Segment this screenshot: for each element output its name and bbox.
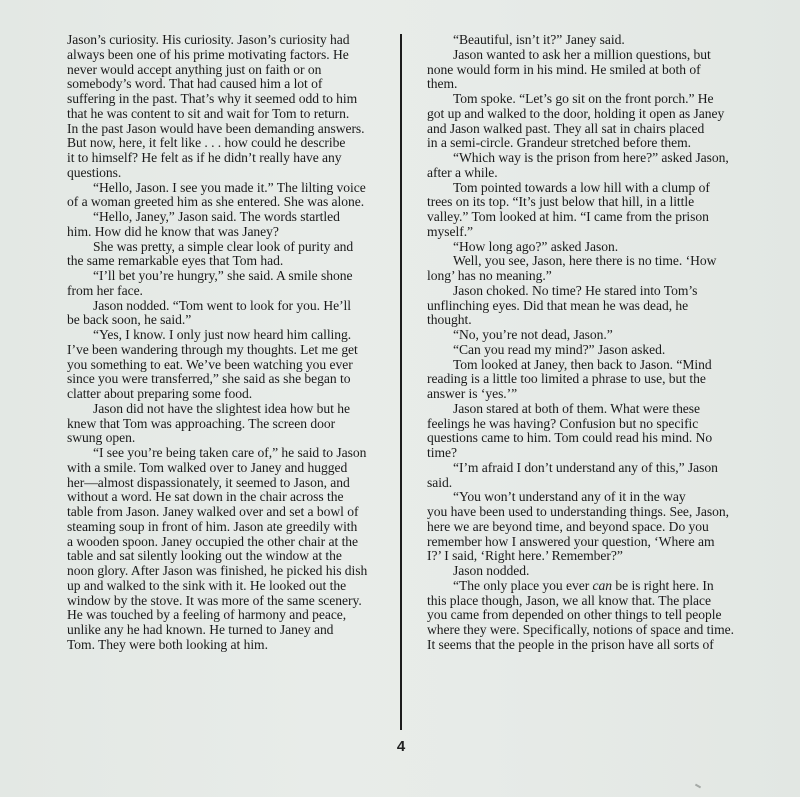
text-line: “How long ago?” asked Jason.: [427, 240, 745, 255]
text-line: feelings he was having? Confusion but no…: [427, 417, 745, 432]
text-line: clatter about preparing some food.: [67, 387, 389, 402]
book-page: Jason’s curiosity. His curiosity. Jason’…: [0, 0, 800, 797]
text-line: answer is ‘yes.’”: [427, 387, 745, 402]
text-line: Tom spoke. “Let’s go sit on the front po…: [427, 92, 745, 107]
text-line: up and walked to the sink with it. He lo…: [67, 579, 389, 594]
text-line: “Yes, I know. I only just now heard him …: [67, 328, 389, 343]
text-line: In the past Jason would have been demand…: [67, 122, 389, 137]
text-line: remember how I answered your question, ‘…: [427, 535, 745, 550]
text-line: the same remarkable eyes that Tom had.: [67, 254, 389, 269]
text-line: Jason choked. No time? He stared into To…: [427, 284, 745, 299]
text-line: her—almost dispassionately, it seemed to…: [67, 476, 389, 491]
text-line: table from Jason. Janey walked over and …: [67, 505, 389, 520]
text-line: somebody’s word. That had caused him a l…: [67, 77, 389, 92]
text-line: with a smile. Tom walked over to Janey a…: [67, 461, 389, 476]
text-line: “Which way is the prison from here?” ask…: [427, 151, 745, 166]
left-text-column: Jason’s curiosity. His curiosity. Jason’…: [67, 33, 389, 653]
text-line: unflinching eyes. Did that mean he was d…: [427, 299, 745, 314]
text-line: I’ve been wandering through my thoughts.…: [67, 343, 389, 358]
text-line: of a woman greeted him as she entered. S…: [67, 195, 389, 210]
text-line: table and sat silently looking out the w…: [67, 549, 389, 564]
text-line: without a word. He sat down in the chair…: [67, 490, 389, 505]
text-line: where they were. Specifically, notions o…: [427, 623, 745, 638]
text-line: “No, you’re not dead, Jason.”: [427, 328, 745, 343]
text-line: suffering in the past. That’s why it see…: [67, 92, 389, 107]
text-line: It seems that the people in the prison h…: [427, 638, 745, 653]
text-line: “I’ll bet you’re hungry,” she said. A sm…: [67, 269, 389, 284]
text-line: Jason wanted to ask her a million questi…: [427, 48, 745, 63]
text-line: noon glory. After Jason was finished, he…: [67, 564, 389, 579]
right-text-column: “Beautiful, isn’t it?” Janey said.Jason …: [427, 33, 745, 653]
text-line: you have been used to understanding thin…: [427, 505, 745, 520]
text-line: you came from depended on other things t…: [427, 608, 745, 623]
column-divider: [400, 34, 402, 730]
text-line: questions.: [67, 166, 389, 181]
text-line: “Can you read my mind?” Jason asked.: [427, 343, 745, 358]
text-line: time?: [427, 446, 745, 461]
text-line: Tom. They were both looking at him.: [67, 638, 389, 653]
text-line: window by the stove. It was more of the …: [67, 594, 389, 609]
text-line: that he was content to sit and wait for …: [67, 107, 389, 122]
text-line: here we are beyond time, and beyond spac…: [427, 520, 745, 535]
text-line: Tom looked at Janey, then back to Jason.…: [427, 358, 745, 373]
text-line: But now, here, it felt like . . . how co…: [67, 136, 389, 151]
text-line: Tom pointed towards a low hill with a cl…: [427, 181, 745, 196]
text-line: him. How did he know that was Janey?: [67, 225, 389, 240]
text-line: I?’ I said, ‘Right here.’ Remember?”: [427, 549, 745, 564]
text-line: “Hello, Janey,” Jason said. The words st…: [67, 210, 389, 225]
text-line: since you were transferred,” she said as…: [67, 372, 389, 387]
text-line: long’ has no meaning.”: [427, 269, 745, 284]
text-line: from her face.: [67, 284, 389, 299]
text-line: “You won’t understand any of it in the w…: [427, 490, 745, 505]
text-line: Jason nodded.: [427, 564, 745, 579]
page-number: 4: [391, 738, 411, 755]
text-line: steaming soup in front of him. Jason ate…: [67, 520, 389, 535]
text-line: unlike any he had known. He turned to Ja…: [67, 623, 389, 638]
text-line: “Hello, Jason. I see you made it.” The l…: [67, 181, 389, 196]
text-line: this place though, Jason, we all know th…: [427, 594, 745, 609]
text-line: Jason nodded. “Tom went to look for you.…: [67, 299, 389, 314]
text-line: said.: [427, 476, 745, 491]
text-line: always been one of his prime motivating …: [67, 48, 389, 63]
text-line: and Jason walked past. They all sat in c…: [427, 122, 745, 137]
paper-speck: [695, 784, 701, 789]
text-line: them.: [427, 77, 745, 92]
text-line: valley.” Tom looked at him. “I came from…: [427, 210, 745, 225]
text-line: a wooden spoon. Janey occupied the other…: [67, 535, 389, 550]
text-line: questions came to him. Tom could read hi…: [427, 431, 745, 446]
text-line: swung open.: [67, 431, 389, 446]
text-line: be back soon, he said.”: [67, 313, 389, 328]
text-line: Jason’s curiosity. His curiosity. Jason’…: [67, 33, 389, 48]
text-line: Well, you see, Jason, here there is no t…: [427, 254, 745, 269]
text-line: after a while.: [427, 166, 745, 181]
text-line: “The only place you ever can be is right…: [427, 579, 745, 594]
text-line: She was pretty, a simple clear look of p…: [67, 240, 389, 255]
text-line: it to himself? He felt as if he didn’t r…: [67, 151, 389, 166]
text-line: “Beautiful, isn’t it?” Janey said.: [427, 33, 745, 48]
text-line: myself.”: [427, 225, 745, 240]
text-line: in a semi-circle. Grandeur stretched bef…: [427, 136, 745, 151]
text-line: Jason did not have the slightest idea ho…: [67, 402, 389, 417]
text-line: thought.: [427, 313, 745, 328]
text-line: never would accept anything just on fait…: [67, 63, 389, 78]
text-line: reading is a little too limited a phrase…: [427, 372, 745, 387]
text-line: Jason stared at both of them. What were …: [427, 402, 745, 417]
text-line: “I see you’re being taken care of,” he s…: [67, 446, 389, 461]
text-line: none would form in his mind. He smiled a…: [427, 63, 745, 78]
text-line: trees on its top. “It’s just below that …: [427, 195, 745, 210]
text-line: “I’m afraid I don’t understand any of th…: [427, 461, 745, 476]
text-line: knew that Tom was approaching. The scree…: [67, 417, 389, 432]
text-line: you something to eat. We’ve been watchin…: [67, 358, 389, 373]
text-line: He was touched by a feeling of harmony a…: [67, 608, 389, 623]
text-line: got up and walked to the door, holding i…: [427, 107, 745, 122]
